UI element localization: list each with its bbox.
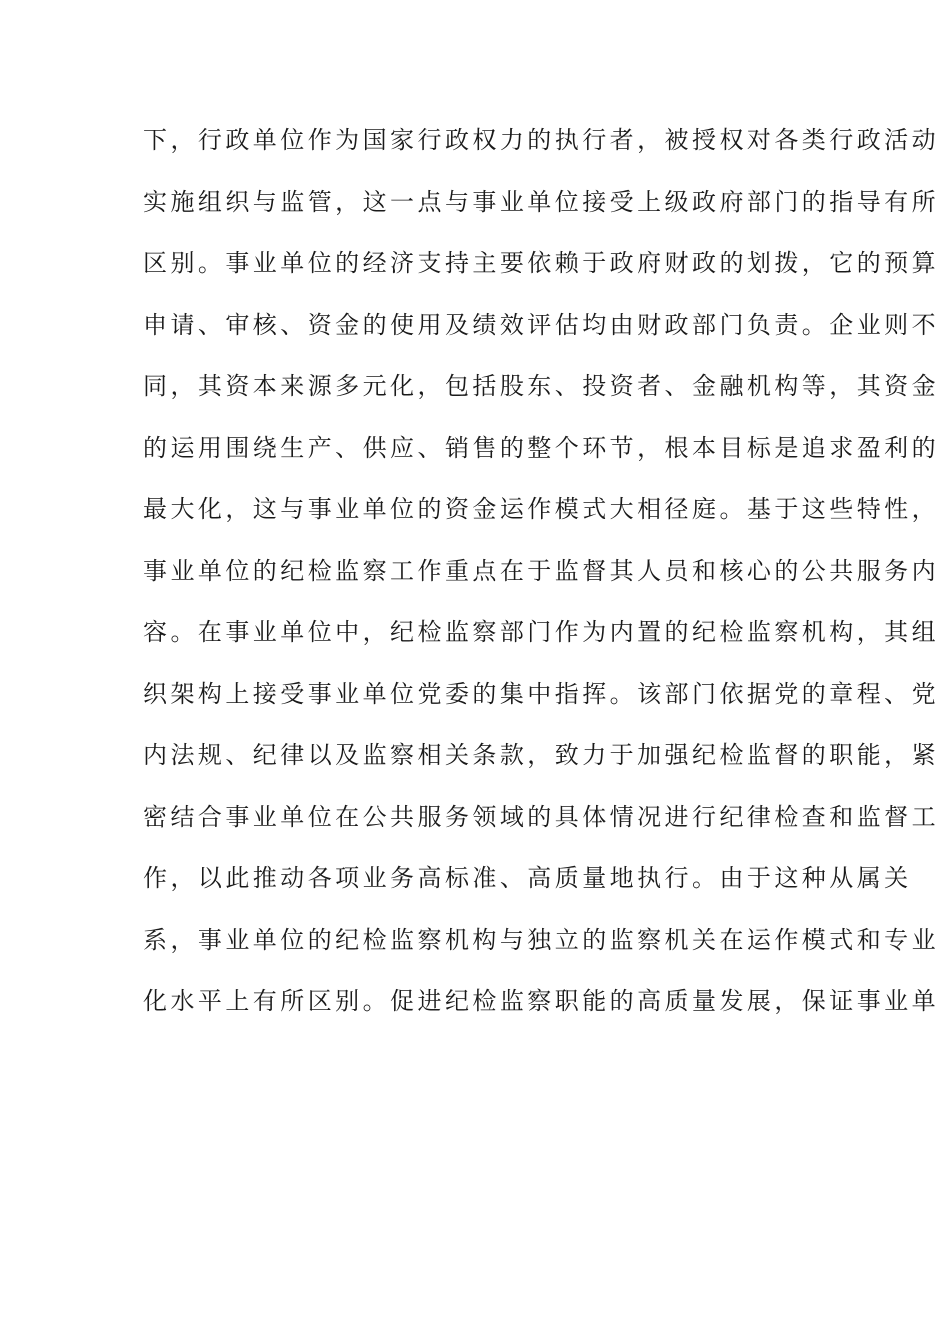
document-page: 下，行政单位作为国家行政权力的执行者，被授权对各类行政活动 实施组织与监管，这一… [0, 0, 950, 1344]
text-line: 最大化，这与事业单位的资金运作模式大相径庭。基于这些特性， [143, 479, 823, 541]
text-line: 下，行政单位作为国家行政权力的执行者，被授权对各类行政活动 [143, 110, 823, 172]
text-line: 织架构上接受事业单位党委的集中指挥。该部门依据党的章程、党 [143, 664, 823, 726]
text-line: 容。在事业单位中，纪检监察部门作为内置的纪检监察机构，其组 [143, 602, 823, 664]
body-text: 下，行政单位作为国家行政权力的执行者，被授权对各类行政活动 实施组织与监管，这一… [143, 110, 823, 1033]
text-line: 系，事业单位的纪检监察机构与独立的监察机关在运作模式和专业 [143, 910, 823, 972]
text-line: 实施组织与监管，这一点与事业单位接受上级政府部门的指导有所 [143, 172, 823, 234]
text-line: 的运用围绕生产、供应、销售的整个环节，根本目标是追求盈利的 [143, 418, 823, 480]
text-line: 化水平上有所区别。促进纪检监察职能的高质量发展，保证事业单 [143, 971, 823, 1033]
text-line: 密结合事业单位在公共服务领域的具体情况进行纪律检查和监督工 [143, 787, 823, 849]
text-line: 申请、审核、资金的使用及绩效评估均由财政部门负责。企业则不 [143, 295, 823, 357]
text-line: 内法规、纪律以及监察相关条款，致力于加强纪检监督的职能，紧 [143, 725, 823, 787]
text-line: 作，以此推动各项业务高标准、高质量地执行。由于这种从属关 [143, 848, 823, 910]
text-line: 事业单位的纪检监察工作重点在于监督其人员和核心的公共服务内 [143, 541, 823, 603]
text-line: 区别。事业单位的经济支持主要依赖于政府财政的划拨，它的预算 [143, 233, 823, 295]
text-line: 同，其资本来源多元化，包括股东、投资者、金融机构等，其资金 [143, 356, 823, 418]
